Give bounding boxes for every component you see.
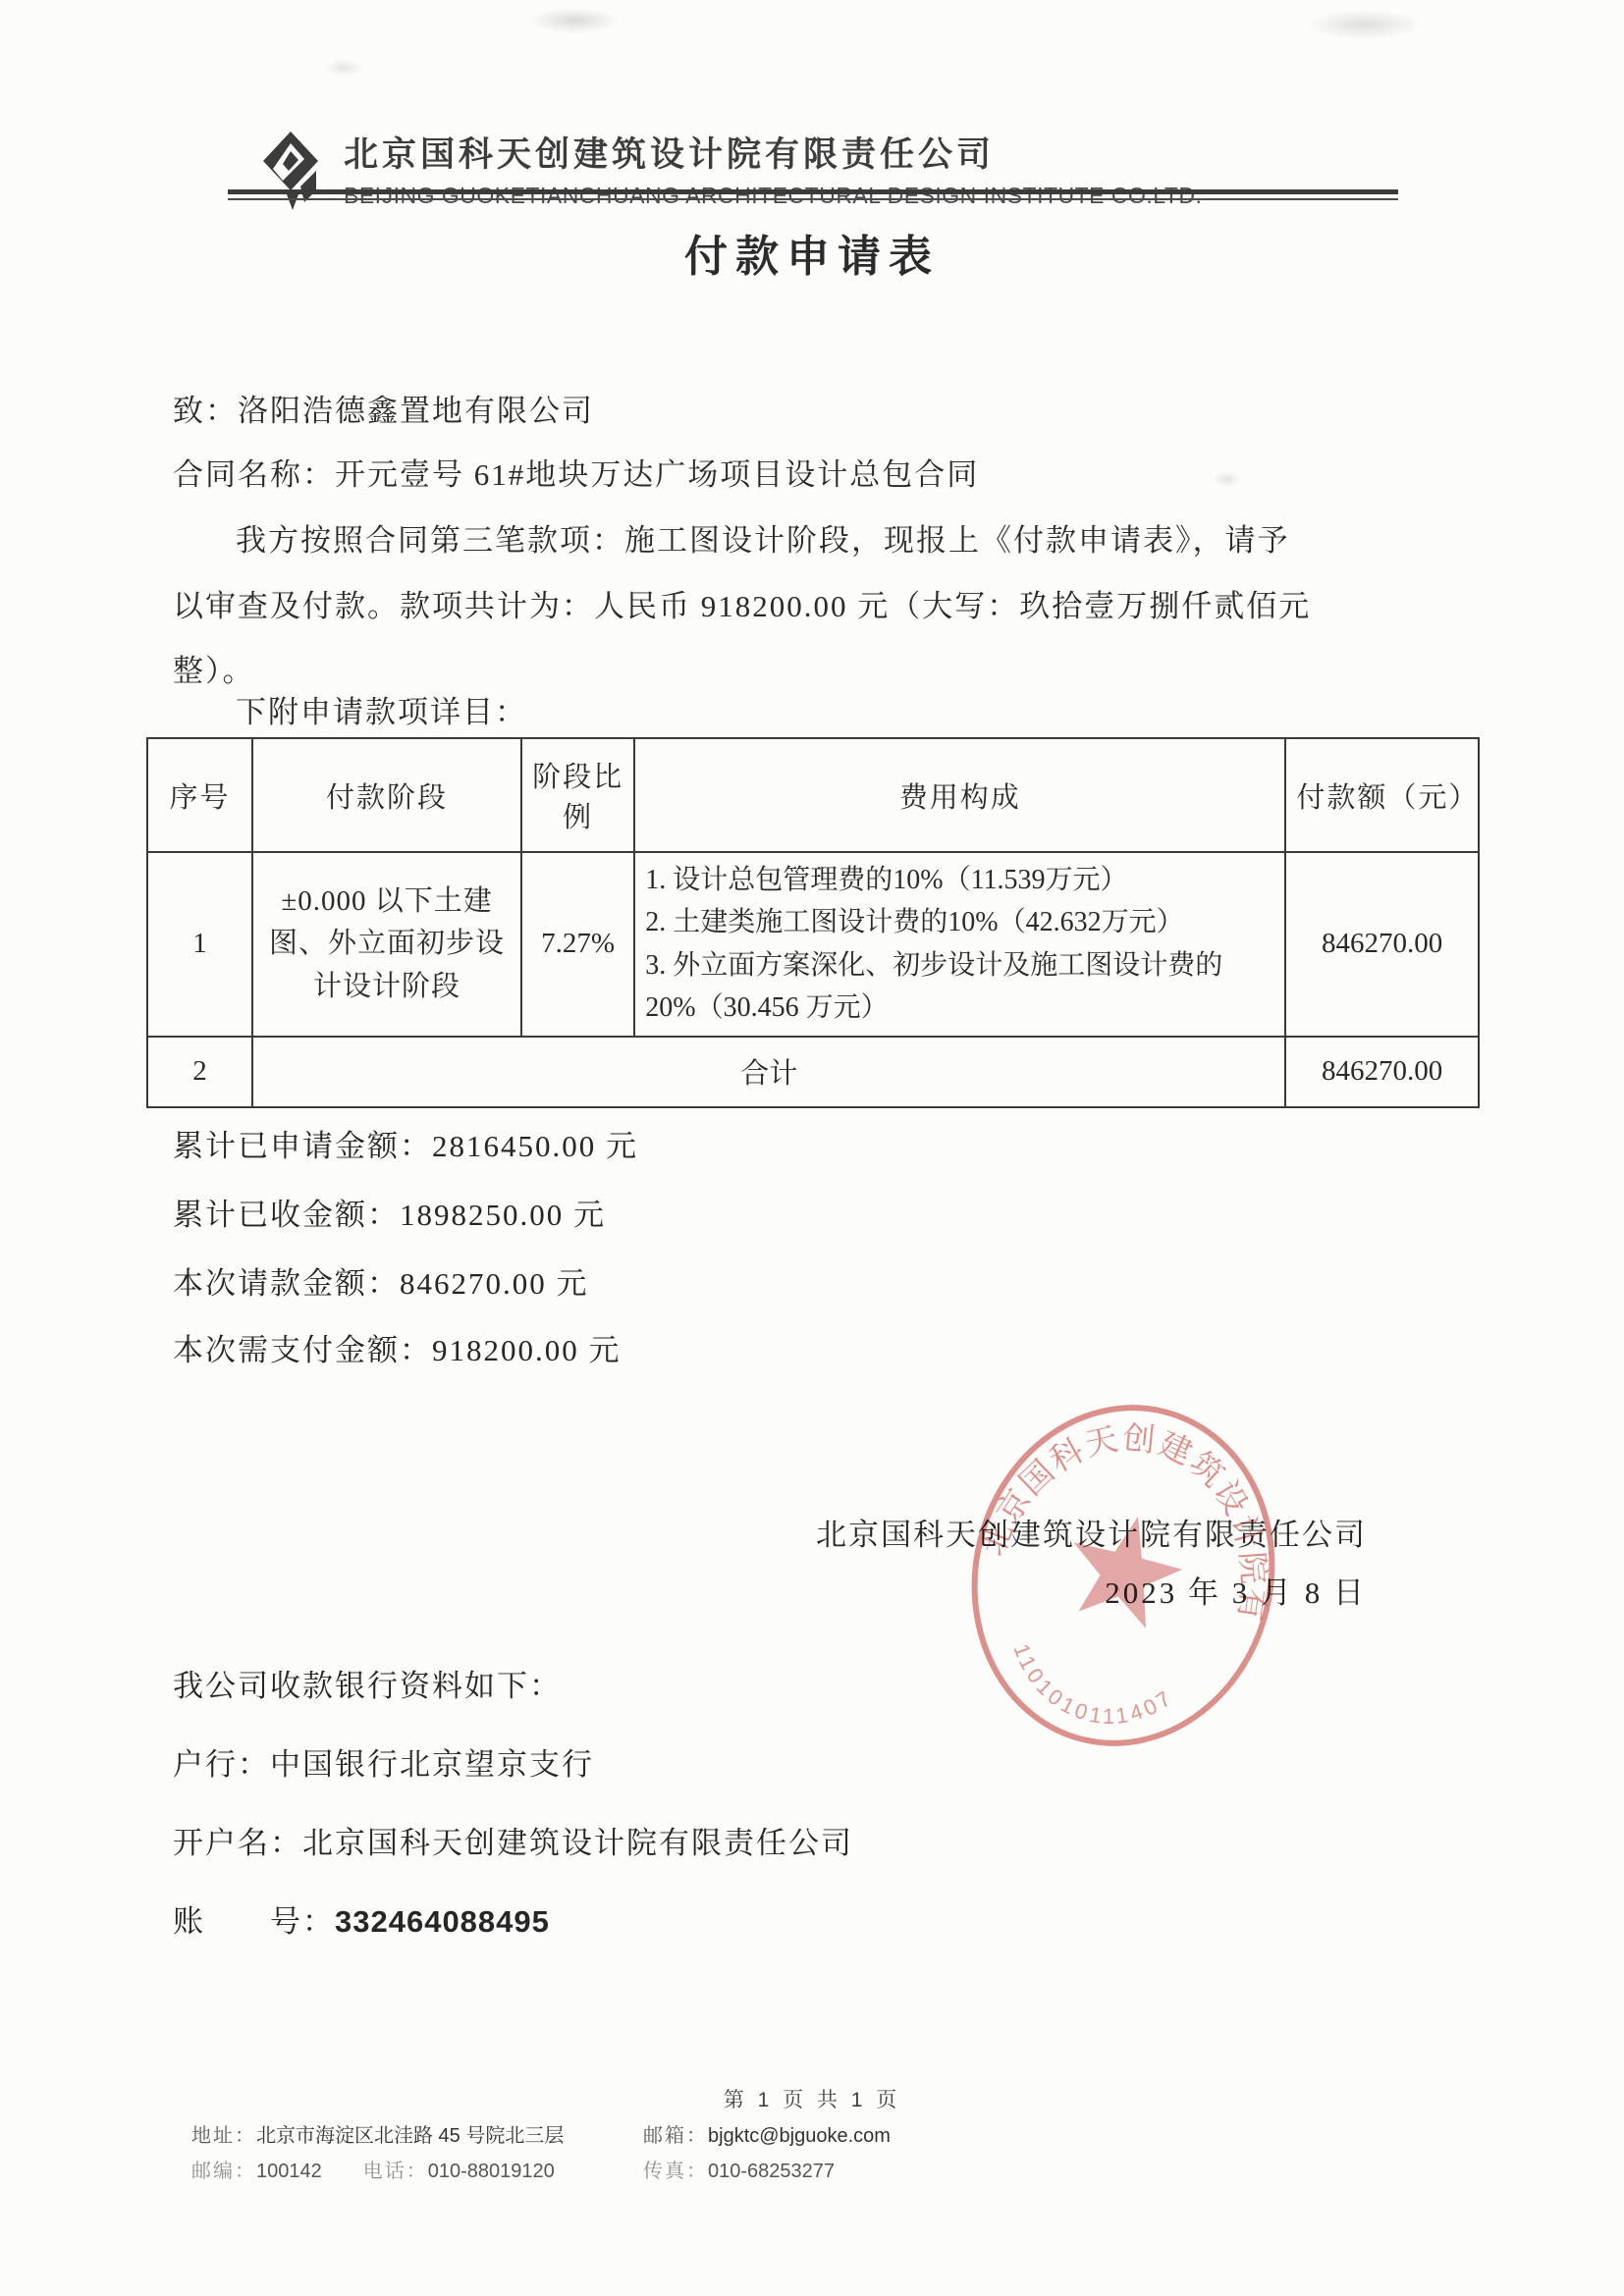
row1-stage: ±0.000 以下土建图、外立面初步设计设计阶段	[252, 852, 521, 1037]
col-header-amount: 付款额（元）	[1285, 738, 1479, 852]
col-header-fee: 费用构成	[634, 738, 1285, 852]
row1-no: 1	[147, 852, 252, 1037]
row2-amount: 846270.00	[1285, 1037, 1479, 1107]
table-row: 2 合计 846270.00	[147, 1037, 1479, 1107]
scan-smudge	[324, 59, 363, 77]
signature-date: 2023 年 3 月 8 日	[816, 1568, 1367, 1612]
row1-amount: 846270.00	[1285, 852, 1479, 1037]
footer-fax-line: 传真：010-68253277	[643, 2154, 891, 2189]
row2-total-label: 合计	[252, 1037, 1285, 1107]
footer-left-column: 地址：北京市海淀区北洼路 45 号院北三层 邮编：100142电话：010-88…	[191, 2118, 564, 2189]
address-value: 北京市海淀区北洼路 45 号院北三层	[256, 2125, 564, 2147]
zip-label: 邮编：	[191, 2161, 256, 2182]
footer-email-line: 邮箱：bjgktc@bjguoke.com	[643, 2118, 891, 2154]
table-row: 1 ±0.000 以下土建图、外立面初步设计设计阶段 7.27% 1. 设计总包…	[147, 852, 1479, 1037]
addressee-line: 致：洛阳浩德鑫置地有限公司	[173, 386, 594, 430]
page-number-info: 第 1 页 共 1 页	[0, 2084, 1624, 2113]
document-title: 付款申请表	[0, 221, 1624, 284]
footer-right-column: 邮箱：bjgktc@bjguoke.com 传真：010-68253277	[643, 2118, 891, 2189]
row1-fee-breakdown: 1. 设计总包管理费的10%（11.539万元） 2. 土建类施工图设计费的10…	[634, 852, 1285, 1037]
footer-address-line: 地址：北京市海淀区北洼路 45 号院北三层	[191, 2118, 564, 2154]
paragraph-line-2: 以审查及付款。款项共计为：人民币 918200.00 元（大写：玖拾壹万捌仟贰佰…	[173, 581, 1311, 625]
company-name-cn: 北京国科天创建筑设计院有限责任公司	[344, 128, 1202, 177]
tel-value: 010-88019120	[428, 2161, 555, 2182]
summary-current-payable: 本次需支付金额：918200.00 元	[173, 1325, 622, 1369]
scanned-payment-request-document: 北京国科天创建筑设计院有限责任公司 BEIJING GUOKETIANCHUAN…	[0, 0, 1624, 2296]
fee-line: 1. 设计总包管理费的10%（11.539万元）	[645, 859, 1274, 901]
summary-current-request: 本次请款金额：846270.00 元	[173, 1258, 589, 1303]
table-intro-line: 下附申请款项详目：	[236, 687, 527, 731]
fee-line: 3. 外立面方案深化、初步设计及施工图设计费的 20%（30.456 万元）	[645, 944, 1274, 1030]
row1-ratio: 7.27%	[521, 852, 634, 1037]
tel-label: 电话：	[363, 2161, 428, 2182]
zip-value: 100142	[256, 2161, 322, 2182]
signature-block: 北京国科天创建筑设计院有限责任公司 2023 年 3 月 8 日	[816, 1510, 1367, 1612]
scan-smudge	[1306, 10, 1424, 39]
row2-no: 2	[147, 1037, 252, 1107]
fax-label: 传真：	[643, 2161, 708, 2182]
paragraph-line-3: 整）。	[173, 646, 255, 690]
col-header-ratio: 阶段比例	[521, 738, 634, 852]
account-number-line: 账 号：332464088495	[173, 1896, 853, 1941]
table-header-row: 序号 付款阶段 阶段比例 费用构成 付款额（元）	[147, 738, 1479, 852]
summary-received-total: 累计已收金额：1898250.00 元	[173, 1190, 606, 1234]
col-header-no: 序号	[147, 738, 252, 852]
footer-zip-tel-line: 邮编：100142电话：010-88019120	[191, 2154, 564, 2189]
letterhead-rule	[228, 189, 1398, 200]
paragraph-line-1: 我方按照合同第三笔款项：施工图设计阶段，现报上《付款申请表》，请予	[236, 515, 1290, 560]
summary-applied-total: 累计已申请金额：2816450.00 元	[173, 1121, 638, 1165]
bank-info-block: 我公司收款银行资料如下： 户行：中国银行北京望京支行 开户名：北京国科天创建筑设…	[173, 1661, 853, 1975]
bank-branch-line: 户行：中国银行北京望京支行	[173, 1739, 853, 1784]
scan-smudge	[530, 8, 619, 33]
fax-value: 010-68253277	[708, 2161, 835, 2182]
bank-info-intro: 我公司收款银行资料如下：	[173, 1661, 853, 1705]
account-number-label: 账 号：	[173, 1904, 335, 1939]
svg-text:1101010111407: 1101010111407	[996, 1635, 1185, 1746]
signature-company: 北京国科天创建筑设计院有限责任公司	[816, 1510, 1367, 1554]
scan-smudge	[1213, 471, 1242, 487]
payment-detail-table: 序号 付款阶段 阶段比例 费用构成 付款额（元） 1 ±0.000 以下土建图、…	[146, 737, 1480, 1108]
account-name-line: 开户名：北京国科天创建筑设计院有限责任公司	[173, 1818, 853, 1862]
email-label: 邮箱：	[643, 2125, 708, 2147]
contract-name-line: 合同名称：开元壹号 61#地块万达广场项目设计总包合同	[173, 450, 979, 494]
fee-line: 2. 土建类施工图设计费的10%（42.632万元）	[645, 901, 1274, 943]
account-number-value: 332464088495	[335, 1904, 550, 1939]
address-label: 地址：	[191, 2125, 256, 2147]
email-value: bjgktc@bjguoke.com	[708, 2125, 891, 2147]
col-header-stage: 付款阶段	[252, 738, 521, 852]
